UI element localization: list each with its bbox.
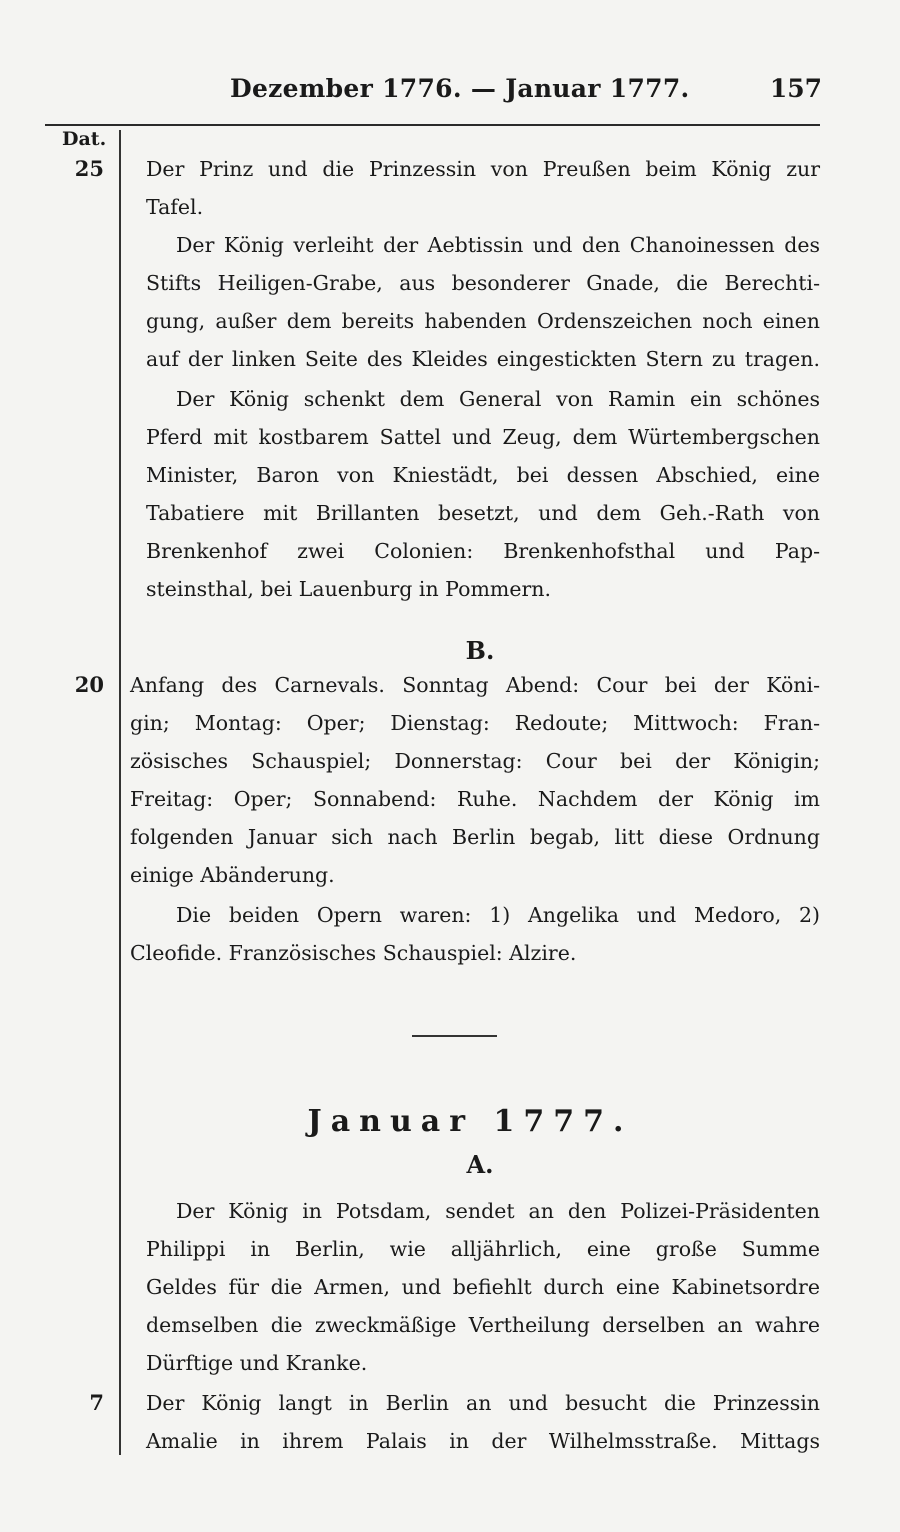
text-line: Tabatiere mit Brillanten besetzt, und de… [146, 494, 820, 532]
text-line: gung, außer dem bereits habenden Ordensz… [146, 302, 820, 340]
text-line: Der Prinz und die Prinzessin von Preußen… [146, 150, 820, 188]
text-line: Cleofide. Französisches Schauspiel: Alzi… [130, 934, 820, 972]
text-line: Brenkenhof zwei Colonien: Brenkenhofstha… [146, 532, 820, 570]
text-line: Der König langt in Berlin an und besucht… [146, 1384, 820, 1422]
text-line: Geldes für die Armen, und befiehlt durch… [146, 1268, 820, 1306]
header-rule [45, 124, 820, 126]
entry-date: 25 [44, 156, 104, 181]
text-line: folgenden Januar sich nach Berlin begab,… [130, 818, 820, 856]
text-line: demselben die zweckmäßige Vertheilung de… [146, 1306, 820, 1344]
book-page: Dezember 1776. — Januar 1777. 157 Dat. 2… [0, 0, 900, 1532]
text-line: gin; Montag: Oper; Dienstag: Redoute; Mi… [130, 704, 820, 742]
text-line: Amalie in ihrem Palais in der Wilhelmsst… [146, 1422, 820, 1460]
text-line: Dürftige und Kranke. [146, 1344, 820, 1382]
text-line: zösisches Schauspiel; Donnerstag: Cour b… [130, 742, 820, 780]
text-line: Der König verleiht der Aebtissin und den… [176, 226, 820, 264]
running-title: Dezember 1776. — Januar 1777. [230, 74, 690, 103]
text-line: Minister, Baron von Kniestädt, bei desse… [146, 456, 820, 494]
page-number: 157 [770, 74, 822, 103]
entry-date: 20 [44, 672, 104, 697]
text-line: steinsthal, bei Lauenburg in Pommern. [146, 570, 820, 608]
text-line: Die beiden Opern waren: 1) Angelika und … [176, 896, 820, 934]
text-line: Freitag: Oper; Sonnabend: Ruhe. Nachdem … [130, 780, 820, 818]
entry-date: 7 [44, 1390, 104, 1415]
text-line: Der König in Potsdam, sendet an den Poli… [176, 1192, 820, 1230]
section-divider [412, 1035, 497, 1037]
text-line: einige Abänderung. [130, 856, 820, 894]
text-line: Stifts Heiligen-Grabe, aus besonderer Gn… [146, 264, 820, 302]
text-line: Philippi in Berlin, wie alljährlich, ein… [146, 1230, 820, 1268]
text-line: Der König schenkt dem General von Ramin … [176, 380, 820, 418]
text-line: Tafel. [146, 188, 820, 226]
text-line: Anfang des Carnevals. Sonntag Abend: Cou… [130, 666, 820, 704]
running-header: Dezember 1776. — Januar 1777. 157 [0, 70, 900, 110]
text-line: auf der linken Seite des Kleides eingest… [146, 340, 820, 378]
month-heading: Januar 1777. [20, 1104, 900, 1139]
section-heading-b: B. [30, 636, 900, 665]
section-heading-a: A. [30, 1150, 900, 1179]
text-line: Pferd mit kostbarem Sattel und Zeug, dem… [146, 418, 820, 456]
date-column-label: Dat. [62, 128, 106, 150]
date-column-rule [119, 130, 121, 1455]
